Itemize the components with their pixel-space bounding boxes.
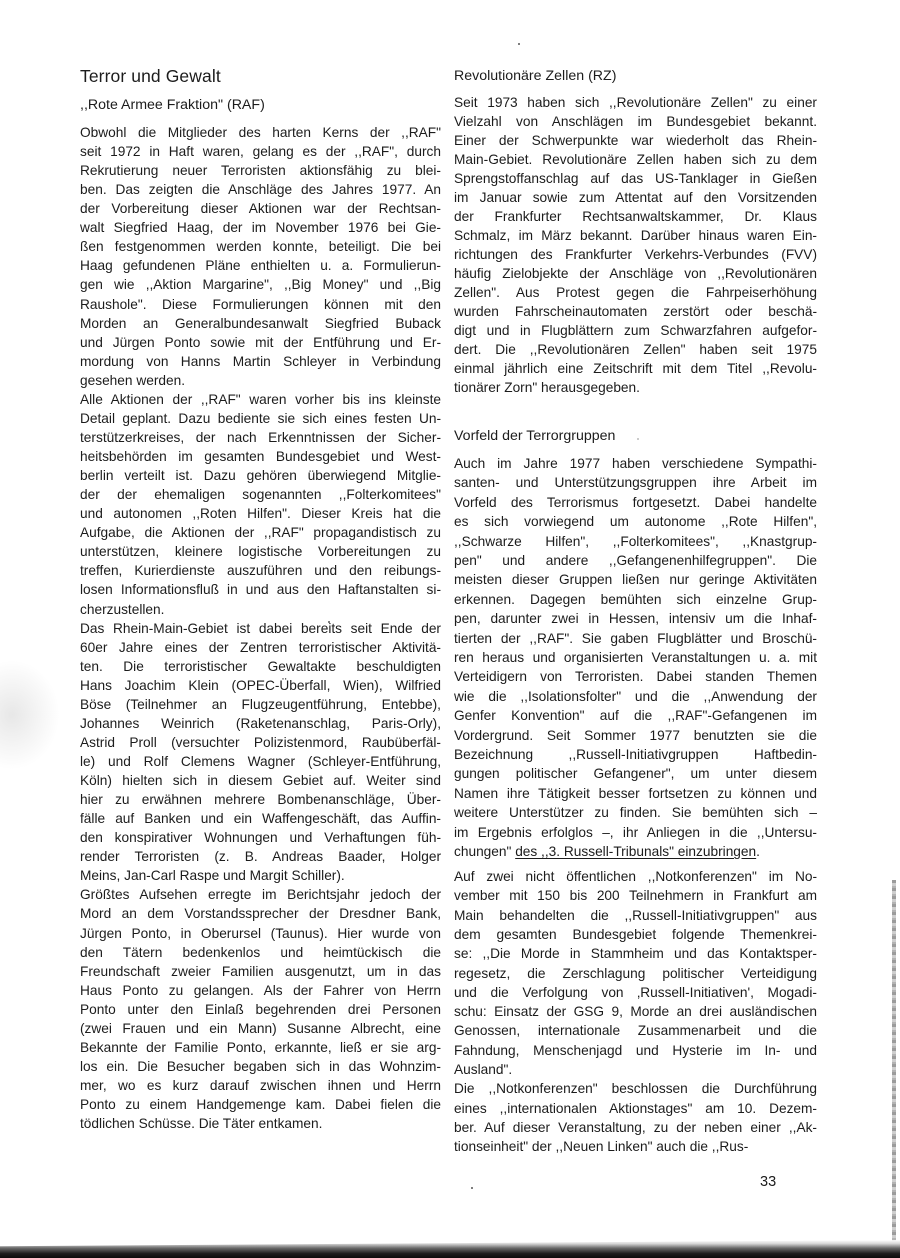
underlined-text: des ,,3. Russell-Tribunals" einzubringen [515,844,756,859]
text-line: Verteidigern von Terroristen. Dabei stan… [454,668,817,685]
text-line: Rekrutierung neuer Terroristen aktionsfä… [80,162,441,179]
text-line: Bezeichnung ,,Russell-Initiativgruppen H… [454,746,817,763]
text-line: Meins, Jan-Carl Raspe und Margit Schille… [80,867,441,884]
text-line: und autonomen ,,Roten Hilfen". Dieser Kr… [80,505,441,522]
text-line: Vielzahl von Anschlägen im Bundesgebiet … [454,113,817,130]
text-line: erkennen. Dagegen bemühten sich einzelne… [454,591,817,608]
text-line: Schmalz, im März bekannt. Darüber hinaus… [454,227,817,244]
text-line: Aufgabe, die Aktionen der ,,RAF" propaga… [80,524,441,541]
text-line: tierten der ,,RAF". Sie gaben Flugblätte… [454,630,817,647]
text-line: gesehen werden. [80,372,441,389]
text-line: gungen politischer Gefangener", um unter… [454,765,817,782]
text-line: ben. Das zeigten die Anschläge des Jahre… [80,181,441,198]
text-line: le) und Rolf Clemens Wagner (Schleyer-En… [80,753,441,770]
text-line: tödlichen Schüsse. Die Täter entkamen. [80,1115,441,1132]
text-line: Astrid Proll (versuchter Polizistenmord,… [80,734,441,751]
text-line: treffen, Kurierdienste auszuführen und d… [80,562,441,579]
text-line: Obwohl die Mitglieder des harten Kerns d… [80,124,441,141]
scan-edge-right [892,880,896,1250]
text-line: ren heraus und organisierten Veranstaltu… [454,649,817,666]
text-line: schu: Einsatz der GSG 9, Morde an drei a… [454,1003,817,1020]
text-line: im Ergebnis erfolglos –, ihr Anliegen in… [454,824,817,841]
text-line: Haus Ponto zu gelangen. Als der Fahrer v… [80,982,441,999]
text-line: Ausland". [454,1061,817,1078]
text-line: cherzustellen. [80,601,441,618]
text-line: häufig Zielobjekte der Anschläge von ,,R… [454,265,817,282]
text-line: se: ,,Die Morde in Stammheim und das Kon… [454,945,817,962]
text-line: berlin verteilt ist. Dazu gehören überwi… [80,467,441,484]
text-line: Zellen". Aus Protest gegen die Fahrpeise… [454,284,817,301]
text-line: Köln) hielten sich in diesem Gebiet auf.… [80,772,441,789]
text-line: Sprengstoffanschlag auf das US-Tanklager… [454,170,817,187]
text-line: der Vorbereitung dieser Aktionen war der… [80,200,441,217]
text-line: der der ehemaligen sogenannten ,,Folterk… [80,486,441,503]
text-line: eines ,,internationalen Aktionstages" am… [454,1100,817,1117]
text-line: losen Informationsfluß in und aus den Ha… [80,581,441,598]
text-line: Johannes Weinrich (Raketenanschlag, Pari… [80,715,441,732]
text-line: unterstützen, kleinere logistische Vorbe… [80,543,441,560]
text-line: Seit 1973 haben sich ,,Revolutionäre Zel… [454,94,817,111]
text-line: Auch im Jahre 1977 haben verschiedene Sy… [454,455,817,472]
text-line: Genossen, internationale Zusammenarbeit … [454,1022,817,1039]
text-line: gen wie ,,Aktion Margarine", ,,Big Money… [80,276,441,293]
scan-speck [328,621,330,623]
text-line: tionärer Zorn" herausgegeben. [454,379,817,396]
text-line: Die ,,Notkonferenzen" beschlossen die Du… [454,1080,817,1097]
text-line: Raushole". Diese Formulierungen können m… [80,296,441,313]
text-line: 60er Jahre eines der Zentren terroristis… [80,639,441,656]
text-line: Main behandelten die ,,Russell-Initiativ… [454,907,817,924]
section-title-terror-und-gewalt: Terror und Gewalt [80,66,221,87]
section-title-vorfeld: Vorfeld der Terrorgruppen [454,428,615,444]
text-line: den Tätern bedenkenlos und heimtückisch … [80,944,441,961]
text-line: digt und in Flugblättern zum Schwarzfahr… [454,322,817,339]
text-line: pen, darunter zwei in Hessen, intensiv u… [454,610,817,627]
text-line: Morden an Generalbundesanwalt Siegfried … [80,315,441,332]
text-line: terstützerkreises, der nach Erkenntnisse… [80,429,441,446]
text-line: Jürgen Ponto, in Oberursel (Taunus). Hie… [80,925,441,942]
text-line: los ein. Die Besucher begaben sich in da… [80,1058,441,1075]
text-line: einmal jährlich eine Zeitschrift mit dem… [454,360,817,377]
text-line: Detail geplant. Dazu bediente sie sich e… [80,410,441,427]
scan-edge-bottom [0,1240,900,1258]
text-line: walt Siegfried Haag, der im November 197… [80,219,441,236]
text-line: Vordergrund. Seit Sommer 1977 benutzten … [454,727,817,744]
text-line: Vorfeld des Terrorismus fortgesetzt. Dab… [454,494,817,511]
text-line: Namen ihre Tätigkeit besser fortsetzen z… [454,785,817,802]
text-line: Größtes Aufsehen erregte im Berichtsjahr… [80,886,441,903]
text-line: Bekannte der Familie Ponto, erkannte, li… [80,1039,441,1056]
text-line: wurden Fahrscheinautomaten zerstört oder… [454,303,817,320]
text-line: Mord an dem Vorstandssprecher der Dresdn… [80,905,441,922]
subsection-title-raf: ,,Rote Armee Fraktion" (RAF) [80,97,265,113]
section-title-revolutionaere-zellen: Revolutionäre Zellen (RZ) [454,68,616,84]
document-page: Terror und Gewalt ,,Rote Armee Fraktion"… [0,0,900,1258]
text-line: pen" und andere ,,Gefangenenhilfegruppen… [454,552,817,569]
text-line: Ponto zu einem Handgemenge kam. Dabei fi… [80,1096,441,1113]
text-line: ,,Schwarze Hilfen", ,,Folterkomitees", ,… [454,533,817,550]
scan-speck [471,1187,473,1189]
text-line: hier zu erwähnen mehrere Bombenanschläge… [80,791,441,808]
text-line: (zwei Frauen und ein Mann) Susanne Albre… [80,1020,441,1037]
text-line: fälle auf Banken und ein Waffengeschäft,… [80,810,441,827]
text-line: Ponto unter den Einlaß begehrenden drei … [80,1001,441,1018]
text-line: dert. Die ,,Revolutionären Zellen" haben… [454,341,817,358]
text-line: seit 1972 in Haft waren, gelang es der ,… [80,143,441,160]
text-line: Hans Joachim Klein (OPEC-Überfall, Wien)… [80,677,441,694]
text-line: ber. Auf dieser Veranstaltung, zu der ne… [454,1119,817,1136]
text-line: Böse (Teilnehmer an Flugzeugentführung, … [80,696,441,713]
text-line: mer, wo es kurz darauf zwischen ihnen un… [80,1077,441,1094]
text-line: meisten dieser Gruppen ließen nur gering… [454,571,817,588]
text-line: mordung von Hanns Martin Schleyer in Ver… [80,353,441,370]
text-line: Fahndung, Menschenjagd und Hysterie im I… [454,1042,817,1059]
scan-speck [637,438,639,440]
text-line: ßen festgenommen werden konnte, beteilig… [80,238,441,255]
text-line: dem gesamten Bundesgebiet folgende Theme… [454,926,817,943]
text-line: Auf zwei nicht öffentlichen ,,Notkonfere… [454,868,817,885]
text-line: ten. Die terroristischer Gewaltakte besc… [80,658,441,675]
text-line: und die Verfolgung von ‚Russell-Initiati… [454,984,817,1001]
text-line: Haag gefundenen Pläne enthielten u. a. F… [80,257,441,274]
text-line: vember mit 150 bis 200 Teilnehmern in Fr… [454,887,817,904]
scan-speck [518,43,520,45]
text-line: Main-Gebiet. Revolutionäre Zellen haben … [454,151,817,168]
text-line: tionseinheit" der ,,Neuen Linken" auch d… [454,1138,817,1155]
text-line: im Januar sowie zum Attentat auf den Vor… [454,189,817,206]
text-line: render Terroristen (z. B. Andreas Baader… [80,848,441,865]
text-line: heitsbehörden im gesamten Bundesgebiet u… [80,448,441,465]
text-line: Genfer Konvention" auf die ,,RAF"-Gefang… [454,707,817,724]
text-line: der Frankfurter Rechtsanwaltskammer, Dr.… [454,208,817,225]
text-line: Freundschaft zweier Familien ausgenutzt,… [80,963,441,980]
text-line: den konspirativer Wohnungen und Verhaftu… [80,829,441,846]
text-line: santen- und Unterstützungsgruppen ihre A… [454,474,817,491]
text-line: wie die ,,Isolationsfolter" und die ,,An… [454,688,817,705]
text-line: Alle Aktionen der ,,RAF" waren vorher bi… [80,391,441,408]
text-line: Das Rhein-Main-Gebiet ist dabei bereits … [80,620,441,637]
text-line: Einer der Schwerpunkte war wiederholt da… [454,132,817,149]
text-line: richtungen des Frankfurter Verkehrs-Verb… [454,246,817,263]
page-number: 33 [760,1174,776,1190]
scan-noise [0,660,60,770]
underlined-line: chungen" des ,,3. Russell-Tribunals" ein… [454,843,817,860]
text-line: regesetz, die Zerschlagung politischer V… [454,965,817,982]
text-line: es sich vorwiegend um autonome ,,Rote Hi… [454,513,817,530]
text-line: weitere Unterstützer zu finden. Sie bemü… [454,804,817,821]
text-line: und Jürgen Ponto sowie mit der Entführun… [80,334,441,351]
